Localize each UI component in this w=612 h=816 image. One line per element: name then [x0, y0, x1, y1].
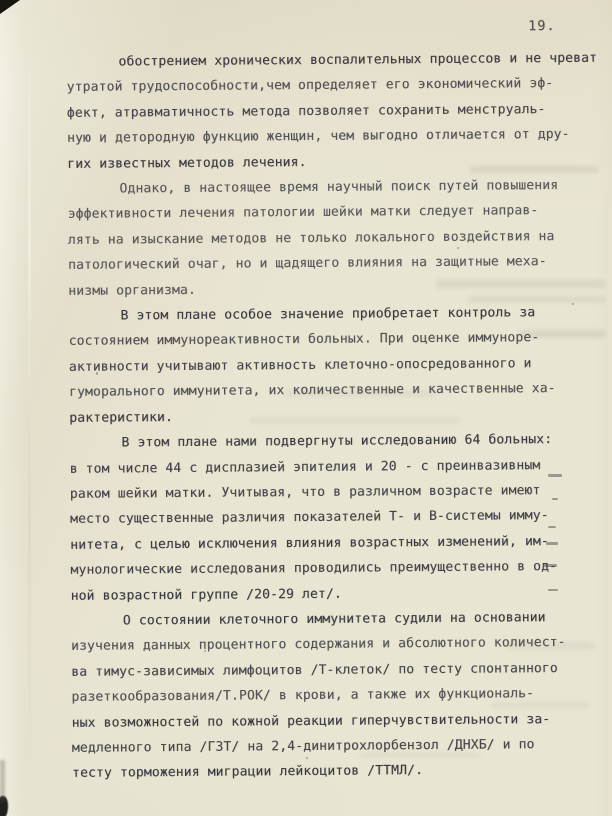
text-line: ной возрастной группе /20-29 лет/. — [71, 579, 583, 608]
text-line: тесту торможения миграции лейкоцитов /ТТ… — [72, 757, 584, 786]
text-line: изучения данных процентного содержания и… — [71, 630, 583, 659]
typewritten-content: 19. обострением хронических воспалительн… — [0, 0, 612, 816]
text-line: разеткообразования/Т.РОК/ в крови, а так… — [71, 681, 583, 710]
text-line: ную и детородную функцию женщин, чем выг… — [67, 122, 579, 151]
text-line: медленного типа /ГЗТ/ на 2,4-динитрохлор… — [72, 732, 584, 761]
text-line: О состоянии клеточного иммунитета судили… — [71, 605, 583, 634]
scan-edge-streak — [0, 760, 5, 802]
text-line: низмы организма. — [68, 275, 580, 304]
paragraph: В этом плане особое значение приобретает… — [68, 300, 581, 431]
paragraph: О состоянии клеточного иммунитета судили… — [71, 605, 584, 787]
paragraph: В этом плане нами подвергнуты исследован… — [69, 427, 582, 609]
text-line: Однако, в настоящее время научный поиск … — [67, 173, 579, 202]
text-line: место существенные различия показателей … — [70, 503, 582, 532]
scanned-page: 19. обострением хронических воспалительн… — [0, 0, 612, 816]
paragraph: Однако, в настоящее время научный поиск … — [67, 173, 580, 304]
text-line: обострением хронических воспалительных п… — [66, 46, 578, 75]
text-line: ва тимус-зависимых лимфоцитов /Т-клеток/… — [71, 656, 583, 685]
text-line: мунологические исследования проводились … — [70, 554, 582, 583]
text-line: утратой трудоспособности,чем определяет … — [67, 71, 579, 100]
text-line: гих известных методов лечения. — [67, 147, 579, 176]
text-body: обострением хронических воспалительных п… — [66, 46, 584, 787]
paragraph: обострением хронических воспалительных п… — [66, 46, 579, 177]
text-line: гуморального иммунитета, их количественн… — [69, 376, 581, 405]
page-number: 19. — [528, 18, 556, 34]
text-line: фект, атравматичность метода позволяет с… — [67, 97, 579, 126]
